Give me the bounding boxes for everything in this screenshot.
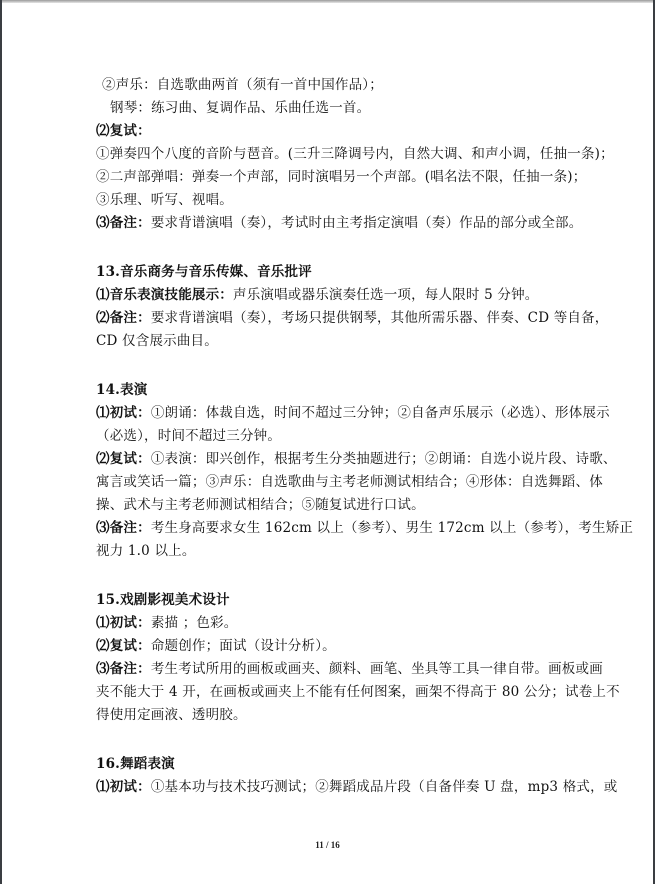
- section-15-item-3-cont: 得使用定画液、透明胶。: [96, 704, 558, 727]
- item-label: ⑵复试：: [96, 638, 151, 654]
- section-16-heading: 16.舞蹈表演: [96, 753, 558, 776]
- item-text: ①朗诵：体裁自选，时间不超过三分钟；②自备声乐展示（必选）、形体展示: [151, 405, 610, 421]
- item-label: ⑶备注：: [96, 520, 151, 536]
- retest-label: ⑵复试：: [96, 120, 558, 143]
- section-14-item-3-cont: 视力 1.0 以上。: [96, 540, 558, 563]
- spacer: [96, 563, 558, 589]
- retest-item-1: ①弹奏四个八度的音阶与琶音。(三升三降调号内，自然大调、和声小调，任抽一条)；: [96, 143, 558, 166]
- section-15: 15.戏剧影视美术设计 ⑴初试：素描 ；色彩。 ⑵复试：命题创作；面试（设计分析…: [96, 589, 558, 727]
- pdf-viewer: ②声乐：自选歌曲两首（须有一首中国作品）； 钢琴：练习曲、复调作品、乐曲任选一首…: [0, 0, 655, 884]
- section-12-tail: ②声乐：自选歌曲两首（须有一首中国作品）； 钢琴：练习曲、复调作品、乐曲任选一首…: [96, 74, 558, 235]
- item-text: 素描 ；色彩。: [151, 615, 238, 631]
- section-14-item-2: ⑵复试：①表演：即兴创作，根据考生分类抽题进行；②朗诵：自选小说片段、诗歌、: [96, 448, 558, 471]
- note-text: 要求背谱演唱（奏），考试时由主考指定演唱（奏）作品的部分或全部。: [151, 215, 583, 231]
- document-page: ②声乐：自选歌曲两首（须有一首中国作品）； 钢琴：练习曲、复调作品、乐曲任选一首…: [96, 74, 558, 799]
- retest-item-2: ②二声部弹唱：弹奏一个声部，同时演唱另一个声部。(唱名法不限，任抽一条)；: [96, 166, 558, 189]
- item-text: 考生身高要求女生 162cm 以上（参考）、男生 172cm 以上（参考），考生…: [151, 520, 633, 536]
- retest-item-3: ③乐理、听写、视唱。: [96, 189, 558, 212]
- item-text: 考生考试所用的画板或画夹、颜料、画笔、坐具等工具一律自带。画板或画: [151, 661, 603, 677]
- section-16-item-1: ⑴初试：①基本功与技术技巧测试；②舞蹈成品片段（自备伴奏 U 盘，mp3 格式，…: [96, 776, 558, 799]
- item-label: ⑴初试：: [96, 615, 151, 631]
- note-label: ⑶备注：: [96, 215, 151, 231]
- section-13-heading: 13.音乐商务与音乐传媒、音乐批评: [96, 261, 558, 284]
- spacer: [96, 235, 558, 261]
- item-text: ①表演：即兴创作，根据考生分类抽题进行；②朗诵：自选小说片段、诗歌、: [151, 451, 617, 467]
- item-label: ⑶备注：: [96, 661, 151, 677]
- item-text: 声乐演唱或器乐演奏任选一项，每人限时 5 分钟。: [233, 287, 538, 303]
- section-13-item-2: ⑵备注：要求背谱演唱（奏），考场只提供钢琴，其他所需乐器、伴奏、CD 等自备，: [96, 307, 558, 330]
- section-13-item-1: ⑴音乐表演技能展示：声乐演唱或器乐演奏任选一项，每人限时 5 分钟。: [96, 284, 558, 307]
- section-15-item-2: ⑵复试：命题创作；面试（设计分析）。: [96, 635, 558, 658]
- item-label: ⑵复试：: [96, 451, 151, 467]
- section-16: 16.舞蹈表演 ⑴初试：①基本功与技术技巧测试；②舞蹈成品片段（自备伴奏 U 盘…: [96, 753, 558, 799]
- item-label: ⑴音乐表演技能展示：: [96, 287, 233, 303]
- item-text: ①基本功与技术技巧测试；②舞蹈成品片段（自备伴奏 U 盘，mp3 格式，或: [151, 779, 618, 795]
- section-13-item-2-cont: CD 仅含展示曲目。: [96, 330, 558, 353]
- section-15-heading: 15.戏剧影视美术设计: [96, 589, 558, 612]
- section-15-item-3-cont: 夹不能大于 4 开，在画板或画夹上不能有任何图案，画架不得高于 80 公分；试卷…: [96, 681, 558, 704]
- section-15-item-1: ⑴初试：素描 ；色彩。: [96, 612, 558, 635]
- item-label: ⑴初试：: [96, 405, 151, 421]
- viewer-top-shadow: [2, 0, 653, 3]
- section-14: 14.表演 ⑴初试：①朗诵：体裁自选，时间不超过三分钟；②自备声乐展示（必选）、…: [96, 379, 558, 563]
- item-label: ⑴初试：: [96, 779, 151, 795]
- section-14-item-2-cont: 操、武术与主考老师测试相结合；⑤随复试进行口试。: [96, 494, 558, 517]
- section-14-item-1-cont: （必选），时间不超过三分钟。: [96, 425, 558, 448]
- item-text: 要求背谱演唱（奏），考场只提供钢琴，其他所需乐器、伴奏、CD 等自备，: [151, 310, 609, 326]
- section-15-item-3: ⑶备注：考生考试所用的画板或画夹、颜料、画笔、坐具等工具一律自带。画板或画: [96, 658, 558, 681]
- spacer: [96, 727, 558, 753]
- note-line: ⑶备注：要求背谱演唱（奏），考试时由主考指定演唱（奏）作品的部分或全部。: [96, 212, 558, 235]
- page-number: 11 / 16: [0, 840, 655, 850]
- section-14-item-3: ⑶备注：考生身高要求女生 162cm 以上（参考）、男生 172cm 以上（参考…: [96, 517, 558, 540]
- section-14-heading: 14.表演: [96, 379, 558, 402]
- section-13: 13.音乐商务与音乐传媒、音乐批评 ⑴音乐表演技能展示：声乐演唱或器乐演奏任选一…: [96, 261, 558, 353]
- section-14-item-2-cont: 寓言或笑话一篇；③声乐：自选歌曲与主考老师测试相结合；④形体：自选舞蹈、体: [96, 471, 558, 494]
- vocal-requirement: ②声乐：自选歌曲两首（须有一首中国作品）；: [96, 74, 558, 97]
- piano-requirement: 钢琴：练习曲、复调作品、乐曲任选一首。: [96, 97, 558, 120]
- spacer: [96, 353, 558, 379]
- viewer-left-edge: [0, 0, 2, 884]
- item-label: ⑵备注：: [96, 310, 151, 326]
- section-14-item-1: ⑴初试：①朗诵：体裁自选，时间不超过三分钟；②自备声乐展示（必选）、形体展示: [96, 402, 558, 425]
- item-text: 命题创作；面试（设计分析）。: [151, 638, 336, 654]
